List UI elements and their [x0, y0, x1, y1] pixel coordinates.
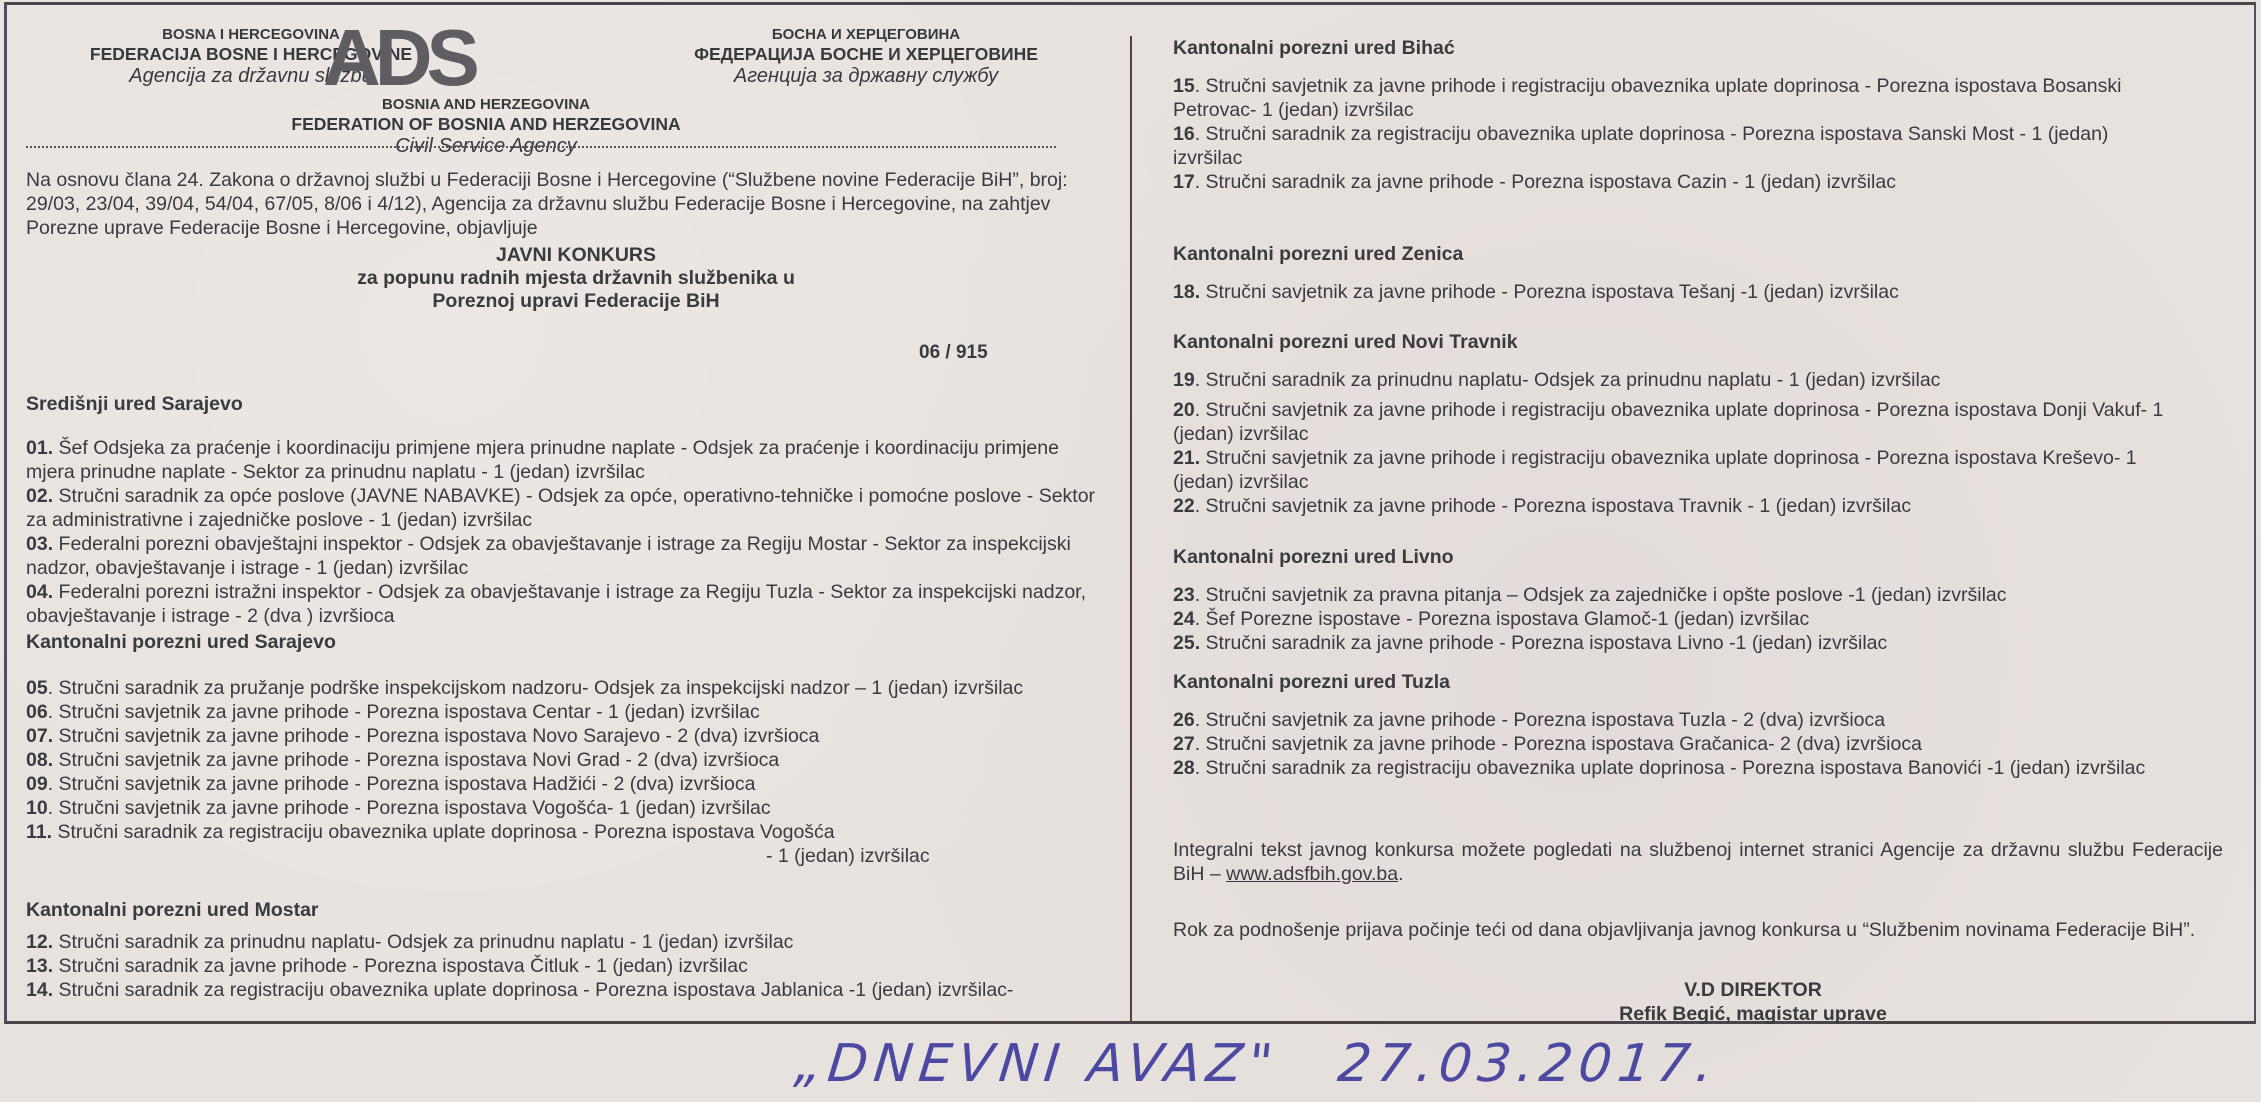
- job-item: 19. Stručni saradnik za prinudnu naplatu…: [1173, 368, 2173, 392]
- title-line: JAVNI KONKURS: [26, 244, 1126, 267]
- item-number: 09: [26, 773, 48, 795]
- item-text: Federalni porezni istražni inspektor - O…: [26, 581, 1086, 627]
- job-item: 01. Šef Odsjeka za praćenje i koordinaci…: [26, 436, 1106, 484]
- signatory-title: V.D DIREKTOR: [1543, 978, 1963, 1002]
- item-number: 17: [1173, 171, 1195, 193]
- handwritten-date: 27.03.2017.: [1335, 1034, 1722, 1094]
- column-divider: [1130, 36, 1132, 1021]
- section-sredisnji-ured-sarajevo: Središnji ured Sarajevo 01. Šef Odsjeka …: [26, 392, 1106, 628]
- item-text: . Stručni saradnik za prinudnu naplatu- …: [1195, 369, 1941, 391]
- item-text: . Stručni savjetnik za pravna pitanja – …: [1195, 584, 2007, 606]
- section-heading: Kantonalni porezni ured Tuzla: [1173, 670, 2173, 694]
- header-agency-cyrillic: Агенција за државну службу: [666, 64, 1066, 88]
- header-divider: [26, 146, 1056, 148]
- job-item: 28. Stručni saradnik za registraciju oba…: [1173, 756, 2173, 780]
- job-item: 21. Stručni savjetnik za javne prihode i…: [1173, 446, 2173, 494]
- handwritten-source-note: „DNEVNI AVAZ"27.03.2017.: [792, 1034, 1722, 1094]
- item-number: 04.: [26, 581, 53, 603]
- section-heading: Kantonalni porezni ured Zenica: [1173, 242, 2173, 266]
- item-text: Federalni porezni obavještajni inspektor…: [26, 533, 1071, 579]
- header-cyrillic: БОСНА И ХЕРЦЕГОВИНА ФЕДЕРАЦИЈА БОСНЕ И Х…: [666, 26, 1066, 88]
- item-text: Stručni savjetnik za javne prihode - Por…: [53, 749, 779, 771]
- item-text: Stručni savjetnik za javne prihode i reg…: [1173, 447, 2137, 493]
- item-number: 03.: [26, 533, 53, 555]
- item-number: 15: [1173, 75, 1195, 97]
- job-item: 14. Stručni saradnik za registraciju oba…: [26, 978, 1036, 1002]
- section-heading: Središnji ured Sarajevo: [26, 392, 1106, 416]
- item-text: Stručni saradnik za opće poslove (JAVNE …: [26, 485, 1095, 531]
- header-federation-english: FEDERATION OF BOSNIA AND HERZEGOVINA: [226, 114, 746, 134]
- item-number: 25.: [1173, 632, 1200, 654]
- header-country-english: BOSNIA AND HERZEGOVINA: [226, 96, 746, 114]
- item-text: Stručni saradnik za registraciju obavezn…: [53, 979, 1013, 1001]
- job-item: 04. Federalni porezni istražni inspektor…: [26, 580, 1106, 628]
- item-text: . Stručni saradnik za registraciju obave…: [1173, 123, 2108, 169]
- item-number: 12.: [26, 931, 53, 953]
- handwritten-newspaper-name: „DNEVNI AVAZ": [792, 1034, 1282, 1094]
- job-item: 24. Šef Porezne ispostave - Porezna ispo…: [1173, 607, 2233, 631]
- job-item: 22. Stručni savjetnik za javne prihode -…: [1173, 494, 2173, 518]
- job-item: 05. Stručni saradnik za pružanje podrške…: [26, 676, 1086, 700]
- item-number: 14.: [26, 979, 53, 1001]
- announcement-title: JAVNI KONKURS za popunu radnih mjesta dr…: [26, 244, 1126, 313]
- job-item: 20. Stručni savjetnik za javne prihode i…: [1173, 398, 2173, 446]
- item-text: . Stručni savjetnik za javne prihode - P…: [1195, 733, 1922, 755]
- job-item: 26. Stručni savjetnik za javne prihode -…: [1173, 708, 2173, 732]
- section-kpu-novi-travnik: Kantonalni porezni ured Novi Travnik 19.…: [1173, 330, 2173, 518]
- title-subline: za popunu radnih mjesta državnih služben…: [26, 267, 1126, 290]
- job-item: 16. Stručni saradnik za registraciju oba…: [1173, 122, 2173, 170]
- section-heading: Kantonalni porezni ured Novi Travnik: [1173, 330, 2173, 354]
- header-federation-cyrillic: ФЕДЕРАЦИЈА БОСНЕ И ХЕРЦЕГОВИНЕ: [666, 44, 1066, 64]
- item-number: 18.: [1173, 281, 1200, 303]
- reference-number: 06 / 915: [919, 342, 988, 364]
- item-text: Stručni savjetnik za javne prihode - Por…: [53, 725, 819, 747]
- section-heading: Kantonalni porezni ured Bihać: [1173, 36, 2173, 60]
- deadline-paragraph: Rok za podnošenje prijava počinje teći o…: [1173, 918, 2223, 942]
- item-number: 24: [1173, 608, 1195, 630]
- section-heading: Kantonalni porezni ured Sarajevo: [26, 630, 1086, 654]
- title-subline: Poreznoj upravi Federacije BiH: [26, 290, 1126, 313]
- job-item: 23. Stručni savjetnik za pravna pitanja …: [1173, 583, 2233, 607]
- section-heading: Kantonalni porezni ured Livno: [1173, 545, 2233, 569]
- signature-block: V.D DIREKTOR Refik Begić, magistar uprav…: [1543, 978, 1963, 1026]
- right-column: Kantonalni porezni ured Bihać 15. Stručn…: [1173, 0, 2223, 1020]
- item-number: 22: [1173, 495, 1195, 517]
- job-item: 07. Stručni savjetnik za javne prihode -…: [26, 724, 1086, 748]
- job-item: 10. Stručni savjetnik za javne prihode -…: [26, 796, 1086, 820]
- job-item: 27. Stručni savjetnik za javne prihode -…: [1173, 732, 2173, 756]
- intro-paragraph: Na osnovu člana 24. Zakona o državnoj sl…: [26, 168, 1106, 240]
- item-continuation: - 1 (jedan) izvršilac: [26, 844, 1086, 868]
- item-text: . Stručni saradnik za javne prihode - Po…: [1195, 171, 1896, 193]
- item-number: 27: [1173, 733, 1195, 755]
- job-item: 08. Stručni savjetnik za javne prihode -…: [26, 748, 1086, 772]
- job-item: 03. Federalni porezni obavještajni inspe…: [26, 532, 1106, 580]
- item-number: 08.: [26, 749, 53, 771]
- integral-text-paragraph: Integralni tekst javnog konkursa možete …: [1173, 838, 2223, 886]
- left-column: BOSNA I HERCEGOVINA FEDERACIJA BOSNE I H…: [26, 0, 1116, 1020]
- header-country-cyrillic: БОСНА И ХЕРЦЕГОВИНА: [666, 26, 1066, 44]
- item-text: . Stručni savjetnik za javne prihode - P…: [48, 797, 771, 819]
- job-item: 06. Stručni savjetnik za javne prihode -…: [26, 700, 1086, 724]
- job-item: 13. Stručni saradnik za javne prihode - …: [26, 954, 1086, 978]
- section-kpu-bihac: Kantonalni porezni ured Bihać 15. Stručn…: [1173, 36, 2173, 194]
- item-number: 21.: [1173, 447, 1200, 469]
- item-number: 28: [1173, 757, 1195, 779]
- section-heading: Kantonalni porezni ured Mostar: [26, 898, 1086, 922]
- job-item: 25. Stručni saradnik za javne prihode - …: [1173, 631, 2233, 655]
- section-kpu-tuzla: Kantonalni porezni ured Tuzla 26. Stručn…: [1173, 670, 2173, 780]
- item-text: . Šef Porezne ispostave - Porezna ispost…: [1195, 608, 1810, 630]
- item-number: 16: [1173, 123, 1195, 145]
- signatory-name: Refik Begić, magistar uprave: [1543, 1002, 1963, 1026]
- item-text: Stručni saradnik za prinudnu naplatu- Od…: [53, 931, 793, 953]
- item-text: . Stručni savjetnik za javne prihode - P…: [1195, 495, 1911, 517]
- item-text: . Stručni savjetnik za javne prihode i r…: [1173, 75, 2121, 121]
- item-number: 23: [1173, 584, 1195, 606]
- job-item: 12. Stručni saradnik za prinudnu naplatu…: [26, 930, 1086, 954]
- item-number: 19: [1173, 369, 1195, 391]
- item-number: 02.: [26, 485, 53, 507]
- section-kpu-mostar: Kantonalni porezni ured Mostar 12. Struč…: [26, 898, 1086, 1002]
- item-number: 11.: [26, 821, 52, 843]
- item-text: . Stručni savjetnik za javne prihode - P…: [1195, 709, 1885, 731]
- item-text: Stručni saradnik za javne prihode - Pore…: [1200, 632, 1887, 654]
- item-number: 07.: [26, 725, 53, 747]
- item-text: Šef Odsjeka za praćenje i koordinaciju p…: [26, 437, 1059, 483]
- agency-website-link[interactable]: www.adsfbih.gov.ba: [1226, 863, 1398, 885]
- section-kpu-livno: Kantonalni porezni ured Livno 23. Stručn…: [1173, 545, 2233, 655]
- job-item: 02. Stručni saradnik za opće poslove (JA…: [26, 484, 1106, 532]
- section-kpu-zenica: Kantonalni porezni ured Zenica 18. Struč…: [1173, 242, 2173, 304]
- ads-logo: ADS: [323, 24, 443, 92]
- agency-header: BOSNA I HERCEGOVINA FEDERACIJA BOSNE I H…: [26, 0, 1126, 160]
- item-number: 05: [26, 677, 48, 699]
- item-text: . Stručni savjetnik za javne prihode - P…: [48, 773, 756, 795]
- punctuation: .: [1398, 863, 1403, 885]
- job-item: 18. Stručni savjetnik za javne prihode -…: [1173, 280, 2173, 304]
- item-number: 10: [26, 797, 48, 819]
- item-text: . Stručni savjetnik za javne prihode i r…: [1173, 399, 2163, 445]
- item-text: Stručni saradnik za javne prihode - Pore…: [53, 955, 748, 977]
- item-number: 13.: [26, 955, 53, 977]
- job-item: 11. Stručni saradnik za registraciju oba…: [26, 820, 1086, 868]
- item-number: 01.: [26, 437, 53, 459]
- item-text: . Stručni saradnik za pružanje podrške i…: [48, 677, 1023, 699]
- item-text: Stručni saradnik za registraciju obavezn…: [52, 821, 835, 843]
- item-text: . Stručni savjetnik za javne prihode - P…: [48, 701, 760, 723]
- header-english: BOSNIA AND HERZEGOVINA FEDERATION OF BOS…: [226, 96, 746, 158]
- job-item: 15. Stručni savjetnik za javne prihode i…: [1173, 74, 2173, 122]
- item-number: 26: [1173, 709, 1195, 731]
- item-number: 06: [26, 701, 48, 723]
- item-text: Stručni savjetnik za javne prihode - Por…: [1200, 281, 1899, 303]
- section-kpu-sarajevo: Kantonalni porezni ured Sarajevo 05. Str…: [26, 630, 1086, 868]
- job-item: 09. Stručni savjetnik za javne prihode -…: [26, 772, 1086, 796]
- item-text: . Stručni saradnik za registraciju obave…: [1195, 757, 2146, 779]
- item-number: 20: [1173, 399, 1195, 421]
- job-item: 17. Stručni saradnik za javne prihode - …: [1173, 170, 2173, 194]
